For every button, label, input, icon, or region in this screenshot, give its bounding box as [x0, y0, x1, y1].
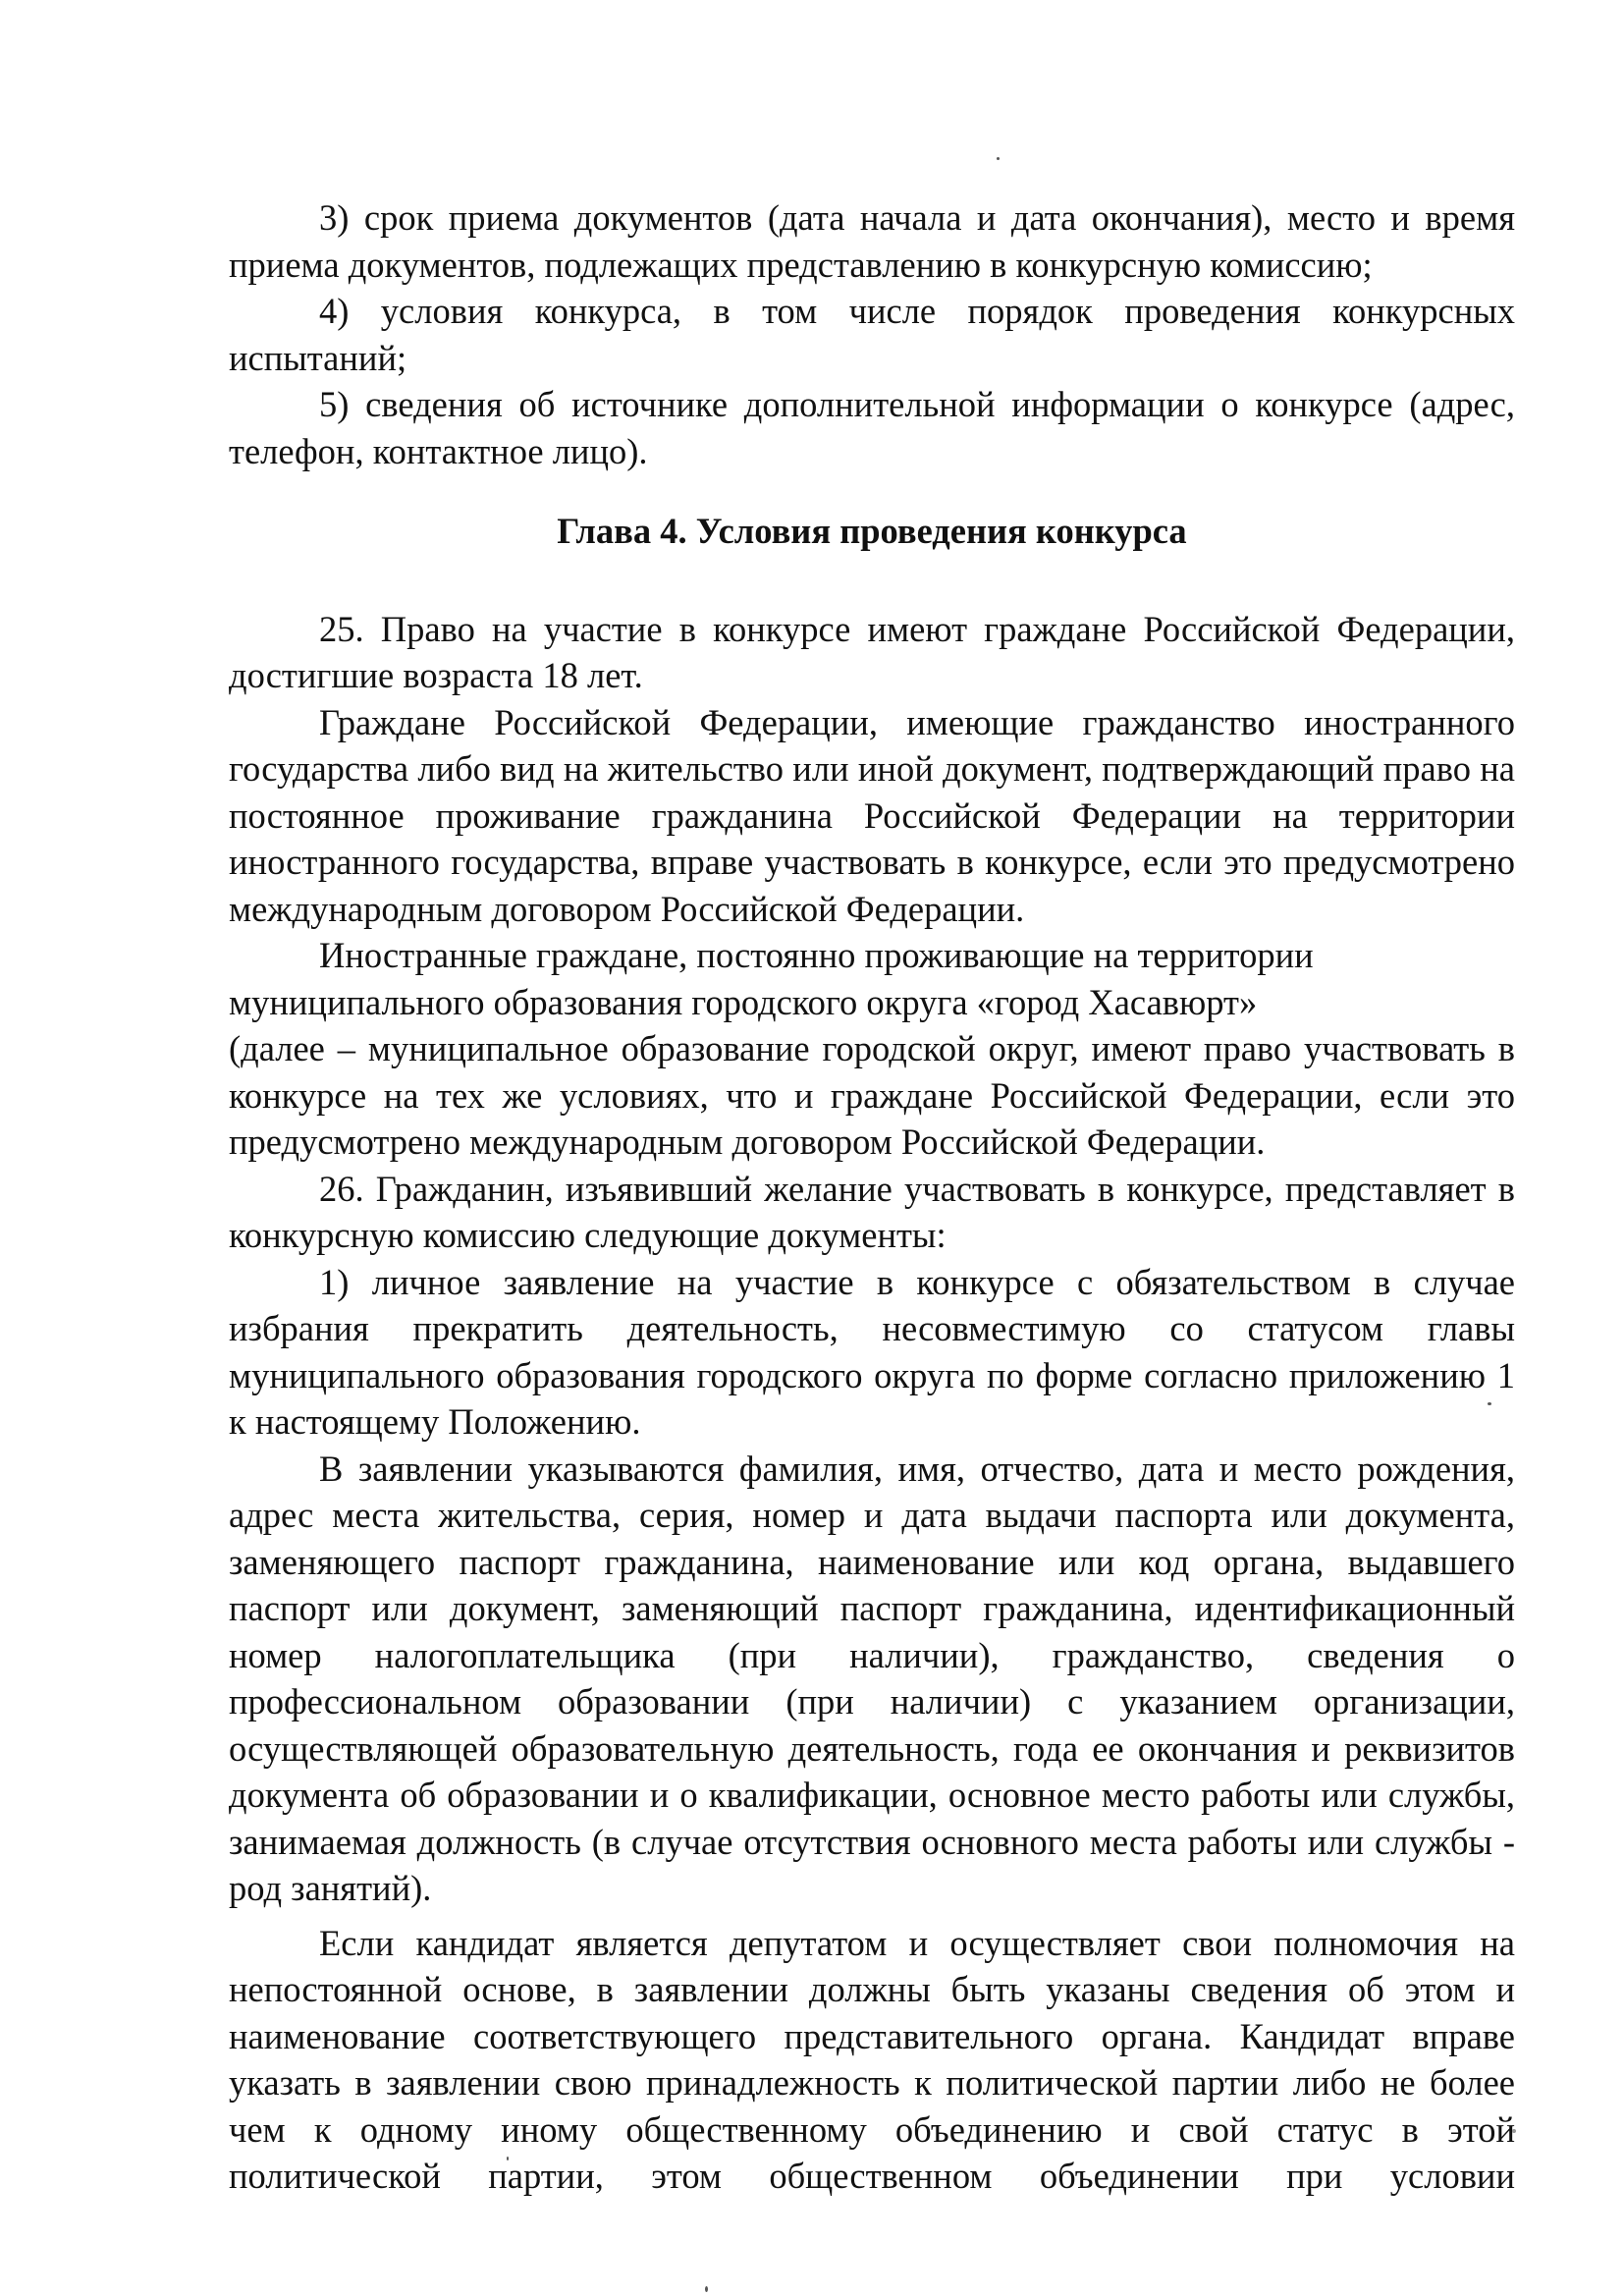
paragraph-25: 25. Право на участие в конкурсе имеют гр… [229, 606, 1515, 699]
foreign-citizens-rest: (далее – муниципальное образование город… [229, 1025, 1515, 1166]
scan-speck [705, 2286, 708, 2292]
chapter-heading: Глава 4. Условия проведения конкурса [229, 508, 1515, 555]
list-item-3: 3) срок приема документов (дата начала и… [229, 194, 1515, 288]
scan-speck [1488, 1402, 1491, 1405]
paragraph-foreign-citizens: Иностранные граждане, постоянно проживаю… [229, 932, 1515, 1166]
paragraph-26-item-1: 1) личное заявление на участие в конкурс… [229, 1259, 1515, 1446]
foreign-citizens-line1: Иностранные граждане, постоянно проживаю… [229, 932, 1515, 979]
spacer [229, 1912, 1515, 1920]
document-page: 3) срок приема документов (дата начала и… [229, 194, 1515, 2200]
paragraph-dual-citizens: Граждане Российской Федерации, имеющие г… [229, 699, 1515, 933]
scan-speck [507, 2157, 509, 2160]
list-item-4: 4) условия конкурса, в том числе порядок… [229, 288, 1515, 381]
foreign-citizens-line2: муниципального образования городского ок… [229, 979, 1515, 1026]
list-item-5: 5) сведения об источнике дополнительной … [229, 381, 1515, 474]
paragraph-application-contents: В заявлении указываются фамилия, имя, от… [229, 1446, 1515, 1912]
paragraph-deputy-candidate: Если кандидат является депутатом и осуще… [229, 1920, 1515, 2200]
scan-speck [997, 157, 1000, 160]
paragraph-26: 26. Гражданин, изъявивший желание участв… [229, 1166, 1515, 1259]
scan-speck [1512, 2129, 1516, 2133]
